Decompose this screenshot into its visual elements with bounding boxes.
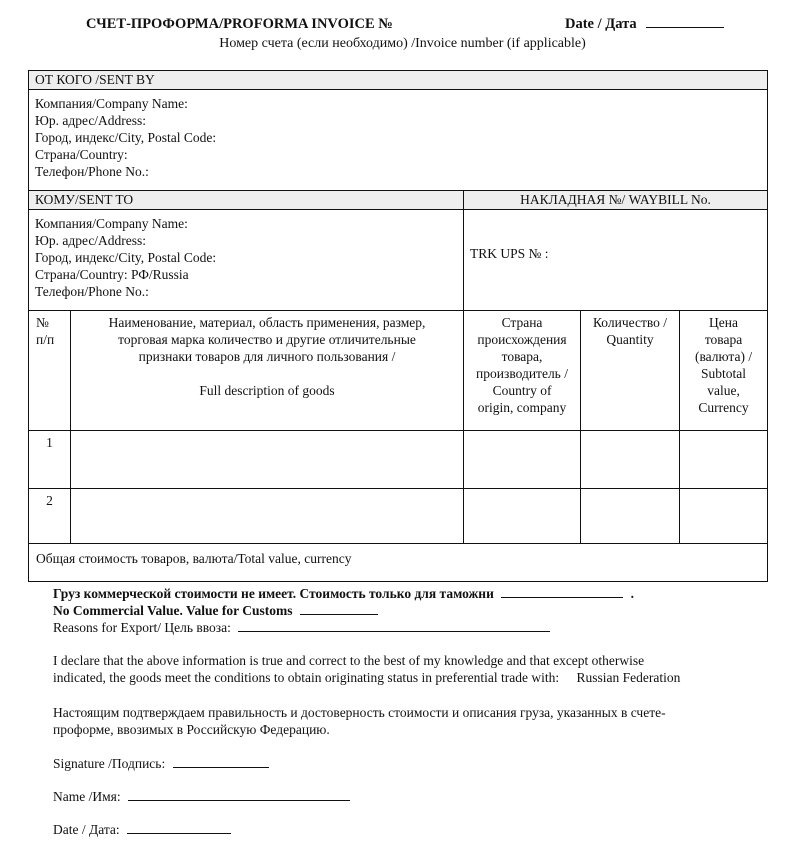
sent-to-country-field[interactable]: Страна/Country: РФ/Russia xyxy=(35,266,457,283)
sent-by-country-field[interactable]: Страна/Country: xyxy=(35,146,761,163)
col-description-line: Наименование, материал, область применен… xyxy=(75,314,459,331)
col-origin-line: товара, xyxy=(468,348,576,365)
col-subtotal-line: товара xyxy=(684,331,763,348)
no-commercial-value-en: No Commercial Value. Value for Customs xyxy=(53,602,634,619)
declaration-russian: Настоящим подтверждаем правильность и до… xyxy=(53,704,666,738)
row-quantity-cell[interactable] xyxy=(581,431,680,489)
row-description-cell[interactable] xyxy=(71,431,464,489)
reasons-for-export: Reasons for Export/ Цель ввоза: xyxy=(53,619,634,636)
invoice-subtitle: Номер счета (если необходимо) /Invoice n… xyxy=(0,35,789,52)
sent-by-body-row: Компания/Company Name: Юр. адрес/Address… xyxy=(29,90,768,191)
no-commercial-value-ru: Груз коммерческой стоимости не имеет. Ст… xyxy=(53,585,634,602)
col-header-subtotal: Цена товара (валюта) / Subtotal value, C… xyxy=(680,311,768,431)
total-value-field[interactable]: Общая стоимость товаров, валюта/Total va… xyxy=(29,544,768,582)
reasons-for-export-label: Reasons for Export/ Цель ввоза: xyxy=(53,620,231,635)
col-subtotal-line: Currency xyxy=(684,399,763,416)
declaration-ru-line: проформе, ввозимых в Российскую Федераци… xyxy=(53,721,666,738)
sent-to-address-field[interactable]: Юр. адрес/Address: xyxy=(35,232,457,249)
sent-by-heading: ОТ КОГО /SENT BY xyxy=(29,71,768,90)
date-header: Date / Дата xyxy=(565,16,724,33)
sent-to-heading: КОМУ/SENT TO xyxy=(29,191,464,210)
signature-row: Signature /Подпись: xyxy=(53,755,269,772)
col-description-line: признаки товаров для личного пользования… xyxy=(75,348,459,365)
col-header-origin: Страна происхождения товара, производите… xyxy=(464,311,581,431)
trk-ups-field[interactable]: TRK UPS № : xyxy=(470,246,549,261)
col-header-description: Наименование, материал, область применен… xyxy=(71,311,464,431)
col-quantity-line: Quantity xyxy=(585,331,675,348)
declaration-en-line: indicated, the goods meet the conditions… xyxy=(53,669,680,686)
declaration-country: Russian Federation xyxy=(577,670,681,685)
invoice-title: СЧЕТ-ПРОФОРМА/PROFORMA INVOICE № xyxy=(86,16,393,33)
col-number-line: п/п xyxy=(36,331,66,348)
row-origin-cell[interactable] xyxy=(464,489,581,544)
declaration-english: I declare that the above information is … xyxy=(53,652,680,686)
customs-value-ru-field[interactable] xyxy=(501,586,623,598)
declaration-en-line: I declare that the above information is … xyxy=(53,652,680,669)
period: . xyxy=(631,586,634,601)
signature-date-field[interactable] xyxy=(127,822,231,834)
goods-header-row: № п/п Наименование, материал, область пр… xyxy=(29,311,768,431)
row-origin-cell[interactable] xyxy=(464,431,581,489)
sent-by-phone-field[interactable]: Телефон/Phone No.: xyxy=(35,163,761,180)
col-subtotal-line: Subtotal xyxy=(684,365,763,382)
sent-to-fields: Компания/Company Name: Юр. адрес/Address… xyxy=(29,210,464,311)
col-origin-line: производитель / xyxy=(468,365,576,382)
col-description-gap xyxy=(75,365,459,382)
name-field[interactable] xyxy=(128,789,350,801)
declaration-ru-line: Настоящим подтверждаем правильность и до… xyxy=(53,704,666,721)
sent-by-company-field[interactable]: Компания/Company Name: xyxy=(35,95,761,112)
col-origin-line: origin, company xyxy=(468,399,576,416)
col-description-line: торговая марка количество и другие отлич… xyxy=(75,331,459,348)
signature-date-label: Date / Дата: xyxy=(53,822,120,837)
invoice-number-note: Номер счета (если необходимо) /Invoice n… xyxy=(219,36,586,51)
col-subtotal-line: (валюта) / xyxy=(684,348,763,365)
row-number: 1 xyxy=(29,431,71,489)
customs-notes: Груз коммерческой стоимости не имеет. Ст… xyxy=(53,585,634,636)
table-row: 2 xyxy=(29,489,768,544)
sent-to-company-field[interactable]: Компания/Company Name: xyxy=(35,215,457,232)
total-row: Общая стоимость товаров, валюта/Total va… xyxy=(29,544,768,582)
col-origin-line: Страна xyxy=(468,314,576,331)
col-quantity-line: Количество / xyxy=(585,314,675,331)
col-header-quantity: Количество / Quantity xyxy=(581,311,680,431)
col-number-line: № xyxy=(36,314,66,331)
sent-to-city-field[interactable]: Город, индекс/City, Postal Code: xyxy=(35,249,457,266)
row-quantity-cell[interactable] xyxy=(581,489,680,544)
signature-label: Signature /Подпись: xyxy=(53,756,165,771)
col-subtotal-line: Цена xyxy=(684,314,763,331)
signature-field[interactable] xyxy=(173,756,269,768)
table-row: 1 xyxy=(29,431,768,489)
no-commercial-value-en-text: No Commercial Value. Value for Customs xyxy=(53,603,293,618)
date-label: Date / Дата xyxy=(565,16,637,32)
invoice-title-text: СЧЕТ-ПРОФОРМА/PROFORMA INVOICE № xyxy=(86,16,393,32)
col-origin-line: Country of xyxy=(468,382,576,399)
sent-by-fields: Компания/Company Name: Юр. адрес/Address… xyxy=(29,90,768,191)
sent-by-address-field[interactable]: Юр. адрес/Address: xyxy=(35,112,761,129)
no-commercial-value-ru-text: Груз коммерческой стоимости не имеет. Ст… xyxy=(53,586,494,601)
reasons-for-export-field[interactable] xyxy=(238,620,550,632)
customs-value-en-field[interactable] xyxy=(300,603,378,615)
declaration-en-text: indicated, the goods meet the conditions… xyxy=(53,670,559,685)
waybill-heading: НАКЛАДНАЯ №/ WAYBILL No. xyxy=(464,191,768,210)
row-number: 2 xyxy=(29,489,71,544)
col-description-line: Full description of goods xyxy=(75,382,459,399)
date-field[interactable] xyxy=(646,16,724,28)
total-value-label: Общая стоимость товаров, валюта/Total va… xyxy=(36,551,352,566)
signature-date-row: Date / Дата: xyxy=(53,821,231,838)
waybill-cell: TRK UPS № : xyxy=(464,210,768,311)
row-description-cell[interactable] xyxy=(71,489,464,544)
sent-by-city-field[interactable]: Город, индекс/City, Postal Code: xyxy=(35,129,761,146)
name-row: Name /Имя: xyxy=(53,788,350,805)
col-subtotal-line: value, xyxy=(684,382,763,399)
sent-to-phone-field[interactable]: Телефон/Phone No.: xyxy=(35,283,457,300)
sent-to-body-row: Компания/Company Name: Юр. адрес/Address… xyxy=(29,210,768,311)
sent-to-header-row: КОМУ/SENT TO НАКЛАДНАЯ №/ WAYBILL No. xyxy=(29,191,768,210)
col-origin-line: происхождения xyxy=(468,331,576,348)
sent-by-header-row: ОТ КОГО /SENT BY xyxy=(29,71,768,90)
invoice-form-table: ОТ КОГО /SENT BY Компания/Company Name: … xyxy=(28,70,768,582)
row-subtotal-cell[interactable] xyxy=(680,489,768,544)
name-label: Name /Имя: xyxy=(53,789,121,804)
col-header-number: № п/п xyxy=(29,311,71,431)
row-subtotal-cell[interactable] xyxy=(680,431,768,489)
